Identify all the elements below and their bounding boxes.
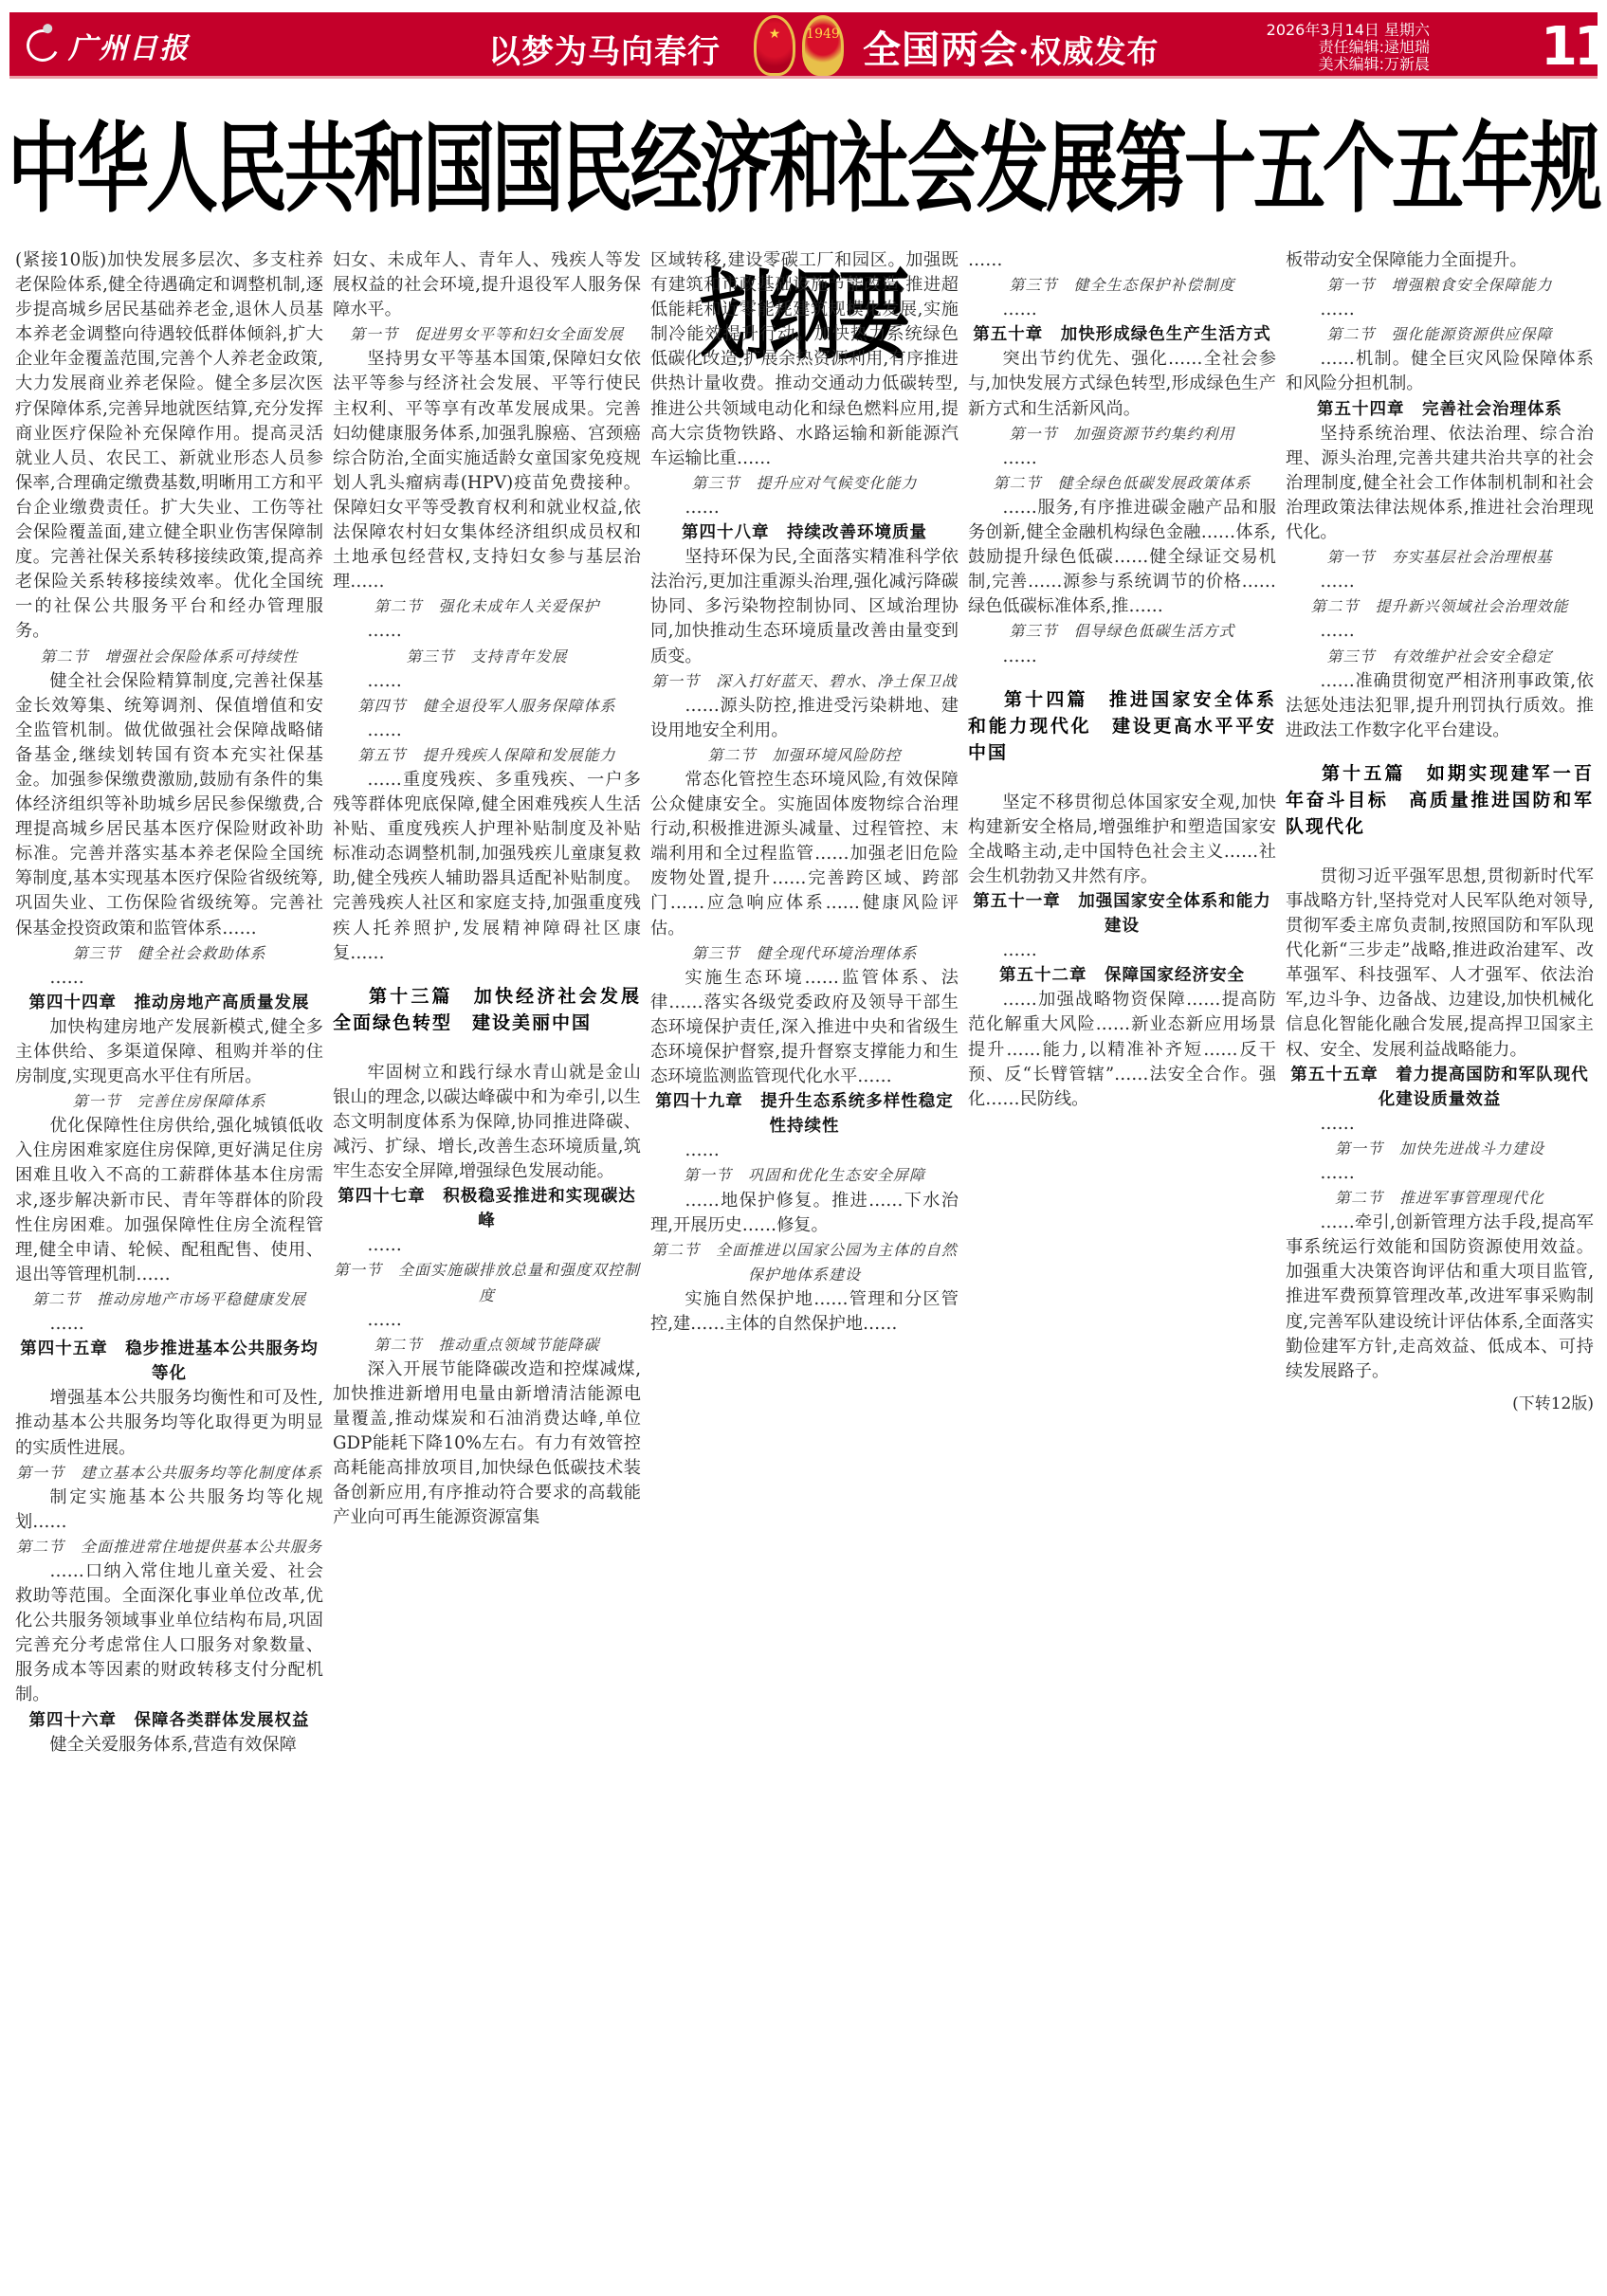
section-heading: 第二节 全面推进以国家公园为主体的自然保护地体系建设	[650, 1238, 959, 1287]
paragraph: ……	[968, 938, 1276, 963]
paragraph: ……	[968, 298, 1276, 322]
paragraph: ……	[968, 446, 1276, 471]
chapter-heading: 第五十一章 加强国家安全体系和能力建设	[968, 889, 1276, 938]
paragraph: ……	[1286, 619, 1594, 644]
paragraph: 健全社会保险精算制度,完善社保基金长效筹集、统筹调剂、保值增值和安全监管机制。做…	[15, 669, 323, 941]
paragraph: ……	[333, 1308, 641, 1333]
section-heading: 第三节 有效维护社会安全稳定	[1286, 645, 1594, 669]
column-3: 区域转移,建设零碳工厂和园区。加强既有建筑和市政基础设施节能改造,推进超低能耗和…	[650, 248, 959, 2287]
chapter-heading: 第四十六章 保障各类群体发展权益	[15, 1708, 323, 1733]
page-number: 11	[1541, 16, 1607, 78]
paragraph: ……	[333, 719, 641, 743]
paragraph: ……	[333, 619, 641, 644]
paragraph: 板带动安全保障能力全面提升。	[1286, 248, 1594, 273]
section-heading: 第一节 建立基本公共服务均等化制度体系	[15, 1461, 323, 1485]
part-heading: 第十五篇 如期实现建军一百年奋斗目标 高质量推进国防和军队现代化	[1286, 760, 1594, 840]
chapter-heading: 第四十五章 稳步推进基本公共服务均等化	[15, 1337, 323, 1386]
paragraph: ……源头防控,推进受污染耕地、建设用地安全利用。	[650, 694, 959, 743]
section-heading: 第二节 加强环境风险防控	[650, 743, 959, 768]
chapter-heading: 第五十五章 着力提高国防和军队现代化建设质量效益	[1286, 1063, 1594, 1112]
article-columns: (紧接10版)加快发展多层次、多支柱养老保险体系,健全待遇确定和调整机制,逐步提…	[15, 248, 1597, 2287]
paragraph: 深入开展节能降碳改造和控煤减煤,加快推进新增用电量由新增清洁能源电量覆盖,推动煤…	[333, 1358, 641, 1531]
paragraph: ……	[968, 248, 1276, 273]
part-heading: 第十三篇 加快经济社会发展全面绿色转型 建设美丽中国	[333, 983, 641, 1036]
paragraph: 区域转移,建设零碳工厂和园区。加强既有建筑和市政基础设施节能改造,推进超低能耗和…	[650, 248, 959, 471]
paragraph: 实施自然保护地……管理和分区管控,建……主体的自然保护地……	[650, 1287, 959, 1337]
paragraph: ……	[15, 1312, 323, 1337]
paragraph: 妇女、未成年人、青年人、残疾人等发展权益的社会环境,提升退役军人服务保障水平。	[333, 248, 641, 322]
section-title-sub: ·权威发布	[1018, 33, 1160, 70]
section-heading: 第一节 完善住房保障体系	[15, 1089, 323, 1114]
responsible-editor: 责任编辑:逯旭瑞	[1145, 39, 1430, 56]
newspaper-logo[interactable]: 广州日报	[27, 22, 190, 69]
chapter-heading: 第五十章 加快形成绿色生产生活方式	[968, 322, 1276, 347]
section-heading: 第二节 推进军事管理现代化	[1286, 1186, 1594, 1211]
chapter-heading: 第四十九章 提升生态系统多样性稳定性持续性	[650, 1089, 959, 1139]
chapter-heading: 第四十七章 积极稳妥推进和实现碳达峰	[333, 1184, 641, 1233]
section-title: 全国两会·权威发布	[863, 20, 1160, 74]
section-heading: 第三节 健全社会救助体系	[15, 941, 323, 966]
page-headline: 中华人民共和国国民经济和社会发展第十五个五年规划纲要	[0, 95, 1607, 242]
logo-mark-icon	[22, 25, 64, 66]
section-heading: 第五节 提升残疾人保障和发展能力	[333, 743, 641, 768]
section-heading: 第二节 推动房地产市场平稳健康发展	[15, 1287, 323, 1312]
paragraph: 增强基本公共服务均衡性和可及性,推动基本公共服务均等化取得更为明显的实质性进展。	[15, 1386, 323, 1460]
paragraph: 牢固树立和践行绿水青山就是金山银山的理念,以碳达峰碳中和为牵引,以生态文明制度体…	[333, 1061, 641, 1184]
section-heading: 第三节 健全现代环境治理体系	[650, 941, 959, 966]
section-heading: 第二节 强化未成年人关爱保护	[333, 594, 641, 619]
issue-date: 2026年3月14日 星期六	[1145, 22, 1430, 39]
column-4: ……第三节 健全生态保护补偿制度……第五十章 加快形成绿色生产生活方式突出节约优…	[968, 248, 1276, 2287]
national-emblem-icon: ★	[754, 15, 795, 76]
paragraph: 坚持系统治理、依法治理、综合治理、源头治理,完善共建共治共享的社会治理制度,健全…	[1286, 422, 1594, 545]
masthead: 广州日报 以梦为马向春行 ★ 1949 全国两会·权威发布 2026年3月14日…	[9, 12, 1598, 79]
paragraph: ……	[650, 1139, 959, 1163]
section-heading: 第一节 夯实基层社会治理根基	[1286, 545, 1594, 570]
column-1: (紧接10版)加快发展多层次、多支柱养老保险体系,健全待遇确定和调整机制,逐步提…	[15, 248, 323, 2287]
paragraph: 坚定不移贯彻总体国家安全观,加快构建新安全格局,增强维护和塑造国家安全战略主动,…	[968, 791, 1276, 889]
paragraph: 加快构建房地产发展新模式,健全多主体供给、多渠道保障、租购并举的住房制度,实现更…	[15, 1015, 323, 1089]
section-title-main: 全国两会	[863, 27, 1018, 72]
paragraph: 贯彻习近平强军思想,贯彻新时代军事战略方针,坚持党对人民军队绝对领导,贯彻军委主…	[1286, 865, 1594, 1063]
section-heading: 第二节 健全绿色低碳发展政策体系	[968, 471, 1276, 496]
paragraph: ……	[1286, 298, 1594, 322]
logo-text: 广州日报	[68, 25, 190, 66]
paragraph: ……	[333, 669, 641, 694]
art-editor: 美术编辑:万新晨	[1145, 56, 1430, 73]
paragraph: ……	[650, 496, 959, 520]
section-heading: 第三节 健全生态保护补偿制度	[968, 273, 1276, 298]
paragraph: 常态化管控生态环境风险,有效保障公众健康安全。实施固体废物综合治理行动,积极推进…	[650, 768, 959, 941]
paragraph: 坚持男女平等基本国策,保障妇女依法平等参与经济社会发展、平等行使民主权利、平等享…	[333, 347, 641, 594]
chapter-heading: 第五十四章 完善社会治理体系	[1286, 397, 1594, 422]
section-heading: 第二节 强化能源资源供应保障	[1286, 322, 1594, 347]
section-heading: 第一节 深入打好蓝天、碧水、净土保卫战	[650, 669, 959, 694]
paragraph: ……	[1286, 1112, 1594, 1137]
section-heading: 第四节 健全退役军人服务保障体系	[333, 694, 641, 719]
paragraph: 实施生态环境……监管体系、法律……落实各级党委政府及领导干部生态环境保护责任,深…	[650, 966, 959, 1089]
section-heading: 第一节 增强粮食安全保障能力	[1286, 273, 1594, 298]
section-heading: 第一节 全面实施碳排放总量和强度双控制度	[333, 1258, 641, 1307]
section-heading: 第一节 加强资源节约集约利用	[968, 422, 1276, 446]
part-heading: 第十四篇 推进国家安全体系和能力现代化 建设更高水平平安中国	[968, 686, 1276, 766]
paragraph: ……准确贯彻宽严相济刑事政策,依法惩处违法犯罪,提升刑罚执行质效。推进政法工作数…	[1286, 669, 1594, 743]
section-heading: 第二节 提升新兴领域社会治理效能	[1286, 594, 1594, 619]
paragraph: ……口纳入常住地儿童关爱、社会救助等范围。全面深化事业单位改革,优化公共服务领域…	[15, 1559, 323, 1708]
paragraph: ……服务,有序推进碳金融产品和服务创新,健全金融机构绿色金融……体系,鼓励提升绿…	[968, 496, 1276, 619]
slogan: 以梦为马向春行	[488, 26, 721, 72]
paragraph: ……	[333, 1233, 641, 1258]
paragraph: 突出节约优先、强化……全社会参与,加快发展方式绿色转型,形成绿色生产新方式和生活…	[968, 347, 1276, 421]
column-5: 板带动安全保障能力全面提升。第一节 增强粮食安全保障能力……第二节 强化能源资源…	[1286, 248, 1594, 2287]
chapter-heading: 第四十八章 持续改善环境质量	[650, 520, 959, 545]
section-heading: 第二节 全面推进常住地提供基本公共服务	[15, 1535, 323, 1559]
paragraph: 坚持环保为民,全面落实精准科学依法治污,更加注重源头治理,强化减污降碳协同、多污…	[650, 545, 959, 668]
paragraph: ……	[1286, 1161, 1594, 1186]
paragraph: (紧接10版)加快发展多层次、多支柱养老保险体系,健全待遇确定和调整机制,逐步提…	[15, 248, 323, 645]
section-heading: 第三节 提升应对气候变化能力	[650, 471, 959, 496]
paragraph: ……地保护修复。推进……下水治理,开展历史……修复。	[650, 1189, 959, 1238]
paragraph: ……机制。健全巨灾风险保障体系和风险分担机制。	[1286, 347, 1594, 396]
paragraph: ……重度残疾、多重残疾、一户多残等群体兜底保障,健全困难残疾人生活补贴、重度残疾…	[333, 768, 641, 966]
paragraph: 制定实施基本公共服务均等化规划……	[15, 1485, 323, 1535]
section-heading: 第二节 推动重点领域节能降碳	[333, 1333, 641, 1358]
paragraph: ……	[15, 966, 323, 991]
section-heading: 第一节 促进男女平等和妇女全面发展	[333, 322, 641, 347]
paragraph: 优化保障性住房供给,强化城镇低收入住房困难家庭住房保障,更好满足住房困难且收入不…	[15, 1114, 323, 1287]
section-heading: 第三节 支持青年发展	[333, 645, 641, 669]
chapter-heading: 第四十四章 推动房地产高质量发展	[15, 991, 323, 1015]
column-2: 妇女、未成年人、青年人、残疾人等发展权益的社会环境,提升退役军人服务保障水平。第…	[333, 248, 641, 2287]
paragraph: ……牵引,创新管理方法手段,提高军事系统运行效能和国防资源使用效益。加强重大决策…	[1286, 1211, 1594, 1384]
section-heading: 第一节 加快先进战斗力建设	[1286, 1137, 1594, 1161]
section-heading: 第二节 增强社会保险体系可持续性	[15, 645, 323, 669]
section-heading: 第三节 倡导绿色低碳生活方式	[968, 619, 1276, 644]
paragraph: 健全关爱服务体系,营造有效保障	[15, 1733, 323, 1758]
cppcc-emblem-icon: 1949	[802, 15, 844, 76]
paragraph: ……	[968, 645, 1276, 669]
chapter-heading: 第五十二章 保障国家经济安全	[968, 963, 1276, 988]
section-heading: 第一节 巩固和优化生态安全屏障	[650, 1163, 959, 1188]
continued-on-page-note[interactable]: (下转12版)	[1286, 1392, 1594, 1416]
paragraph: ……	[1286, 570, 1594, 594]
issue-meta: 2026年3月14日 星期六 责任编辑:逯旭瑞 美术编辑:万新晨	[1145, 22, 1430, 73]
paragraph: ……加强战略物资保障……提高防范化解重大风险……新业态新应用场景提升……能力,以…	[968, 988, 1276, 1111]
